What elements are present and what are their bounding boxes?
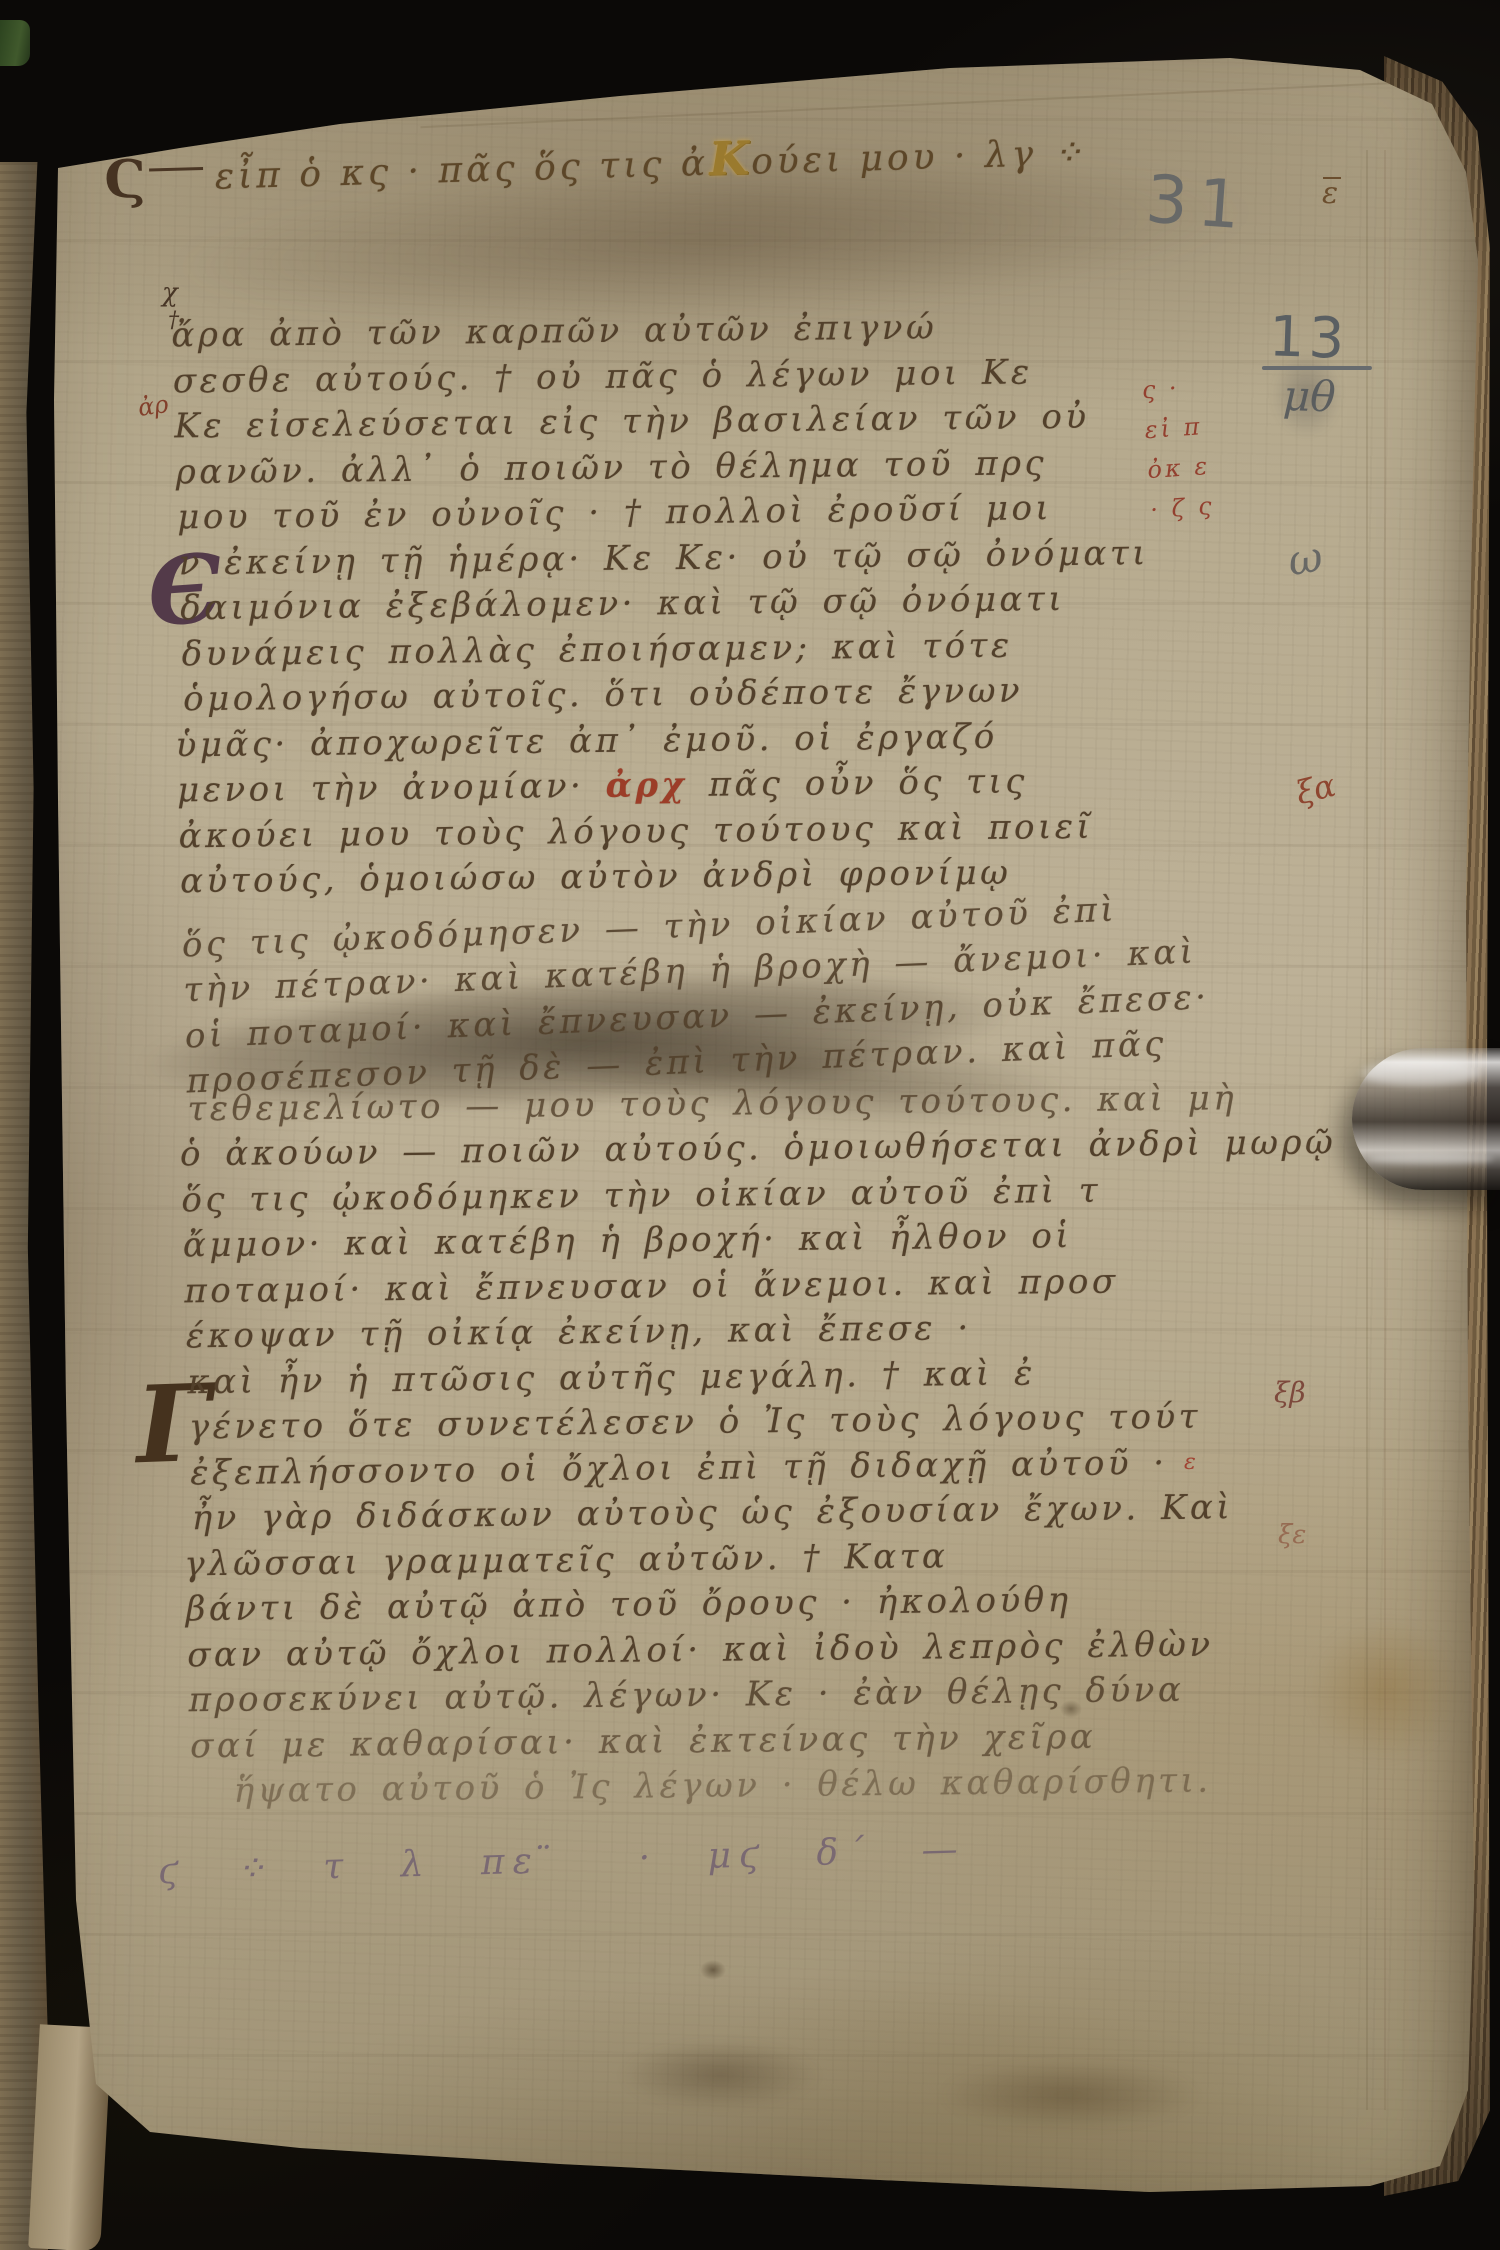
text-block: ἄρα ἀπὸ τῶν καρπῶν αὐτῶν ἐπιγνώσεσθε αὐτ… [174,305,1210,1817]
fraction-denominator: μθ [1260,368,1372,423]
header-initial: Ϛ [104,147,211,211]
quire-mark: ε [1322,176,1341,179]
fraction-numerator: 13 [1262,310,1374,368]
eusebian-section-mark: ξα [1292,766,1339,812]
bottom-stain [940,2060,1200,2130]
under-pages-left-edge [0,162,48,2250]
pencil-fraction-note: 13 μθ [1260,310,1374,423]
manuscript-page: Ϛ εἶπ ὁ κς · πᾶς ὅς τις ἀΚούει μου · λγ … [0,0,1500,2250]
eusebian-section-mark: ξε [1278,1520,1306,1550]
left-margin-chi-mark: χ [162,278,178,308]
header-text-before: εἶπ ὁ κς · πᾶς ὅς τις ἀ [214,143,710,198]
folio-number-pencil: 31 [1143,160,1252,244]
lection-header: Ϛ εἶπ ὁ κς · πᾶς ὅς τις ἀΚούει μου · λγ … [103,116,1087,204]
spine-cloth-fragment [0,20,30,66]
photo-background: Ϛ εἶπ ὁ κς · πᾶς ὅς τις ἀΚούει μου · λγ … [0,0,1500,2250]
eusebian-section-mark: ξβ [1274,1376,1306,1409]
text-line: ἥψατο αὐτοῦ ὁ Ἰς λέγων · θέλω καθαρίσθητ… [233,1761,1209,1817]
inline-rubric: ἀρχ [605,765,687,806]
ink-spot [700,1960,726,1980]
pencil-squiggle: ω [1284,531,1326,585]
header-text-after: ούει μου · λγ ⁘ [751,132,1088,182]
glass-page-holder [1352,1048,1500,1190]
header-gilded-letter: Κ [708,131,751,186]
bottom-stain [620,2040,820,2110]
left-margin-archi-mark: ἀρ [136,390,170,422]
bottom-pencil-note: ϛ ⁘ τ λ πε ̈ · μϛ δ΄ — [158,1829,967,1893]
